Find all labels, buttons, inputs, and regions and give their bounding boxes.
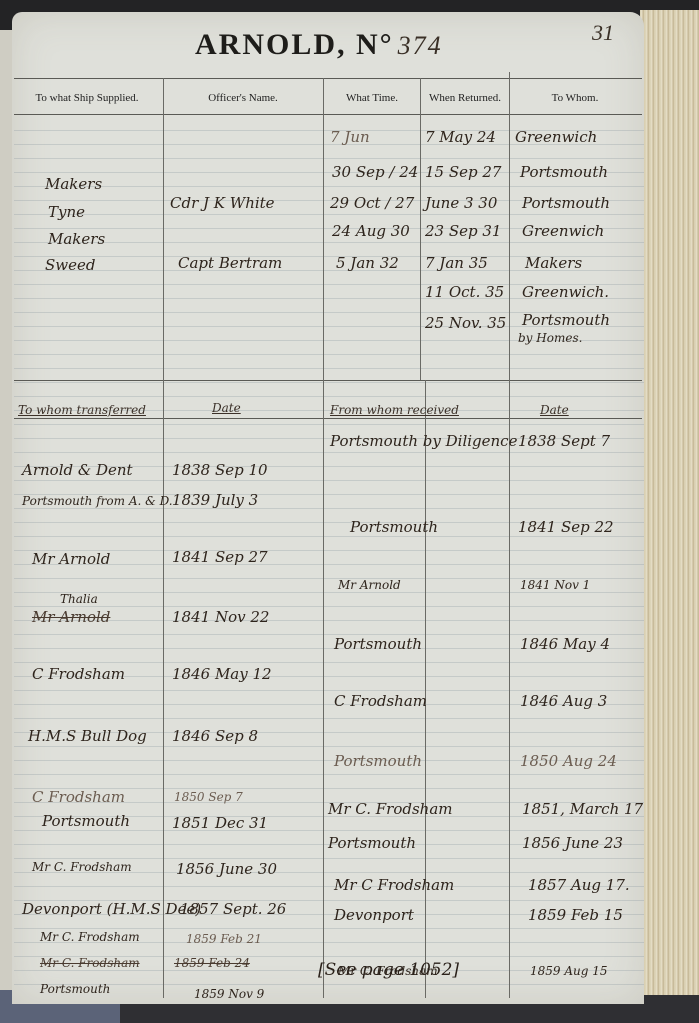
section-divider: [14, 380, 642, 381]
ruled-line: [14, 424, 644, 425]
transfer-correction: Thalia: [60, 592, 98, 606]
transfer-to: Devonport (H.M.S Dee): [22, 900, 201, 918]
header-officer: Officer's Name.: [164, 92, 322, 104]
received-date: 1838 Sept 7: [518, 432, 610, 450]
col-divider-3: [420, 78, 421, 380]
received-from: Portsmouth by Diligence: [330, 432, 517, 450]
ruled-line: [14, 242, 644, 243]
ruled-line: [14, 830, 644, 831]
transfer-date: 1857 Sept. 26: [180, 900, 286, 918]
returned-cell: 15 Sep 27: [425, 163, 501, 181]
transfer-to: Mr Arnold: [32, 550, 110, 568]
received-date: 1856 June 23: [522, 834, 623, 852]
col-divider-4: [509, 72, 510, 998]
received-from: C Frodsham: [334, 692, 427, 710]
ruled-line: [14, 662, 644, 663]
received-date: 1850 Aug 24: [520, 752, 617, 770]
transfer-to: C Frodsham: [32, 788, 125, 806]
officer-cell: Capt Bertram: [178, 254, 282, 272]
time-cell: 7 Jun: [330, 128, 370, 146]
ruled-line: [14, 592, 644, 593]
transfer-to: Portsmouth from A. & D.: [22, 494, 173, 508]
header-time: What Time.: [324, 92, 420, 104]
transfer-date: 1839 July 3: [172, 491, 258, 509]
received-date: 1859 Aug 15: [530, 964, 608, 978]
returned-cell: 23 Sep 31: [425, 222, 501, 240]
ruled-line: [14, 746, 644, 747]
received-from: Portsmouth: [334, 635, 422, 653]
received-date: 1857 Aug 17.: [528, 876, 630, 894]
col-divider-1: [163, 78, 164, 998]
to-whom-cell: Greenwich.: [522, 283, 609, 301]
time-cell: 5 Jan 32: [336, 254, 399, 272]
time-cell: 30 Sep / 24: [332, 163, 418, 181]
time-cell: 29 Oct / 27: [330, 194, 414, 212]
received-from: Mr C Frodsham: [334, 876, 454, 894]
transfer-date: 1850 Sep 7: [174, 790, 243, 804]
to-whom-cell: Greenwich: [522, 222, 604, 240]
received-date: 1846 Aug 3: [520, 692, 607, 710]
to-whom-cell: Portsmouth: [520, 163, 608, 181]
transfer-date: 1856 June 30: [176, 860, 277, 878]
page-edges: [640, 10, 699, 1023]
transfer-date: 1859 Nov 9: [194, 987, 264, 1001]
col-divider-2: [323, 78, 324, 998]
returned-cell: 11 Oct. 35: [425, 283, 504, 301]
folio-number: 31: [592, 20, 614, 46]
transfer-to: C Frodsham: [32, 665, 125, 683]
transfer-date: 1841 Sep 27: [172, 548, 268, 566]
transfer-date: 1851 Dec 31: [172, 814, 268, 832]
transfer-to: Arnold & Dent: [22, 461, 133, 479]
officer-cell: Cdr J K White: [170, 194, 275, 212]
received-date: 1859 Feb 15: [528, 906, 623, 924]
to-whom-cell: Makers: [525, 254, 582, 272]
header-ship: To what Ship Supplied.: [22, 92, 152, 104]
transfer-to: Portsmouth: [42, 812, 130, 830]
ruled-line: [14, 186, 644, 187]
header-bottom-line: [14, 114, 642, 115]
transfer-date: 1838 Sep 10: [172, 461, 268, 479]
to-whom-note: by Homes.: [518, 331, 582, 345]
to-whom-cell: Portsmouth: [522, 194, 610, 212]
received-from: Mr C. Frodsham: [328, 800, 453, 818]
to-whom-cell: Greenwich: [515, 128, 597, 146]
ship-cell: Sweed: [45, 256, 95, 274]
ruled-line: [14, 690, 644, 691]
transfer-date-struck: 1859 Feb 24: [174, 956, 250, 970]
transfer-to-struck: Mr Arnold: [32, 608, 110, 626]
see-page-note: [See page 1052]: [318, 960, 459, 980]
received-from: Portsmouth: [350, 518, 438, 536]
ruled-line: [14, 508, 644, 509]
ship-cell: Makers: [48, 230, 105, 248]
ruled-line: [14, 928, 644, 929]
transfer-to: Mr C. Frodsham: [40, 930, 140, 944]
ship-cell: Makers: [45, 175, 102, 193]
transfer-date: 1846 May 12: [172, 665, 272, 683]
ruled-line: [14, 368, 644, 369]
ruled-line: [14, 606, 644, 607]
subheader-transferred: To whom transferred: [18, 403, 146, 417]
received-date: 1841 Sep 22: [518, 518, 614, 536]
ship-cell: Tyne: [48, 203, 85, 221]
returned-cell: June 3 30: [425, 194, 497, 212]
subheader-date-1: Date: [212, 401, 241, 415]
subheader-date-2: Date: [540, 403, 569, 417]
ruled-line: [14, 536, 644, 537]
ruled-line: [14, 214, 644, 215]
transfer-date: 1859 Feb 21: [186, 932, 262, 946]
transfer-to-struck: Mr C. Frodsham: [40, 956, 140, 970]
title-text: ARNOLD, N°: [195, 28, 394, 61]
ruled-line: [14, 354, 644, 355]
ruled-line: [14, 382, 644, 383]
received-from: Mr Arnold: [338, 578, 401, 592]
to-whom-cell: Portsmouth: [522, 311, 610, 329]
transfer-date: 1841 Nov 22: [172, 608, 269, 626]
subheader-received: From whom received: [330, 403, 459, 417]
transfer-to: Mr C. Frodsham: [32, 860, 132, 874]
received-from: Portsmouth: [334, 752, 422, 770]
ruled-line: [14, 158, 644, 159]
time-cell: 24 Aug 30: [332, 222, 410, 240]
returned-cell: 7 Jan 35: [425, 254, 488, 272]
received-date: 1841 Nov 1: [520, 578, 590, 592]
received-date: 1851, March 17: [522, 800, 643, 818]
ruled-line: [14, 480, 644, 481]
page-title: ARNOLD, N°374: [195, 28, 443, 62]
transfer-to: H.M.S Bull Dog: [28, 727, 147, 745]
col-divider-3b: [425, 380, 426, 998]
transfer-date: 1846 Sep 8: [172, 727, 258, 745]
ruled-line: [14, 396, 644, 397]
ruled-line: [14, 858, 644, 859]
received-from: Devonport: [334, 906, 414, 924]
subheader-line: [14, 418, 642, 419]
ruled-line: [14, 452, 644, 453]
ruled-line: [14, 774, 644, 775]
transfer-to: Portsmouth: [40, 982, 110, 996]
received-from: Portsmouth: [328, 834, 416, 852]
chronometer-number: 374: [398, 31, 443, 60]
header-to-whom: To Whom.: [510, 92, 640, 104]
returned-cell: 25 Nov. 35: [425, 314, 506, 332]
received-date: 1846 May 4: [520, 635, 610, 653]
ruled-line: [14, 718, 644, 719]
header-returned: When Returned.: [421, 92, 509, 104]
returned-cell: 7 May 24: [425, 128, 496, 146]
header-top-line: [14, 78, 642, 79]
